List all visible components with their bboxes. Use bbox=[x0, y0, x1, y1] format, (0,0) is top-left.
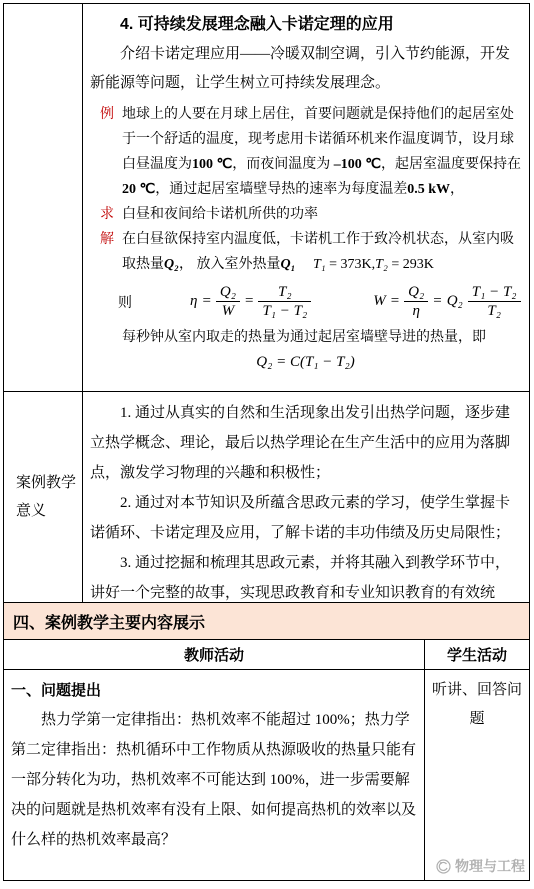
significance-row: 案例教学意义 1. 通过从真实的自然和生活现象出发引出热学问题，逐步建立热学概念… bbox=[4, 392, 529, 603]
document-page: 4. 可持续发展理念融入卡诺定理的应用 介绍卡诺定理应用——冷暖双制空调，引入节… bbox=[0, 0, 534, 889]
fraction: Q₂ W bbox=[216, 283, 240, 320]
fraction: T₁ − T₂ T₂ bbox=[468, 283, 521, 320]
activity-row: 一、问题提出 热力学第一定律指出：热机效率不能超过 100%；热力学第二定律指出… bbox=[4, 670, 529, 880]
heat-equation: Q₂ = C(T₁ − T₂) bbox=[90, 354, 521, 371]
problem-title: 一、问题提出 bbox=[11, 676, 416, 705]
activity-table-header: 教师活动 学生活动 bbox=[4, 640, 529, 670]
intro-paragraph: 介绍卡诺定理应用——冷暖双制空调，引入节约能源，开发新能源等问题，让学生树立可持… bbox=[90, 40, 521, 98]
teacher-activity-header: 教师活动 bbox=[4, 640, 425, 669]
significance-label: 案例教学意义 bbox=[16, 469, 78, 525]
equation-row: 则 η = Q₂ W = T₂ T₁ − T₂ bbox=[118, 283, 521, 320]
student-activity-header: 学生活动 bbox=[425, 640, 529, 669]
fraction: T₂ T₁ − T₂ bbox=[258, 283, 311, 320]
seek-block: 求 白昼和夜间给卡诺机所供的功率 bbox=[100, 202, 521, 227]
problem-body: 热力学第一定律指出：热机效率不能超过 100%；热力学第二定律指出：热机循环中工… bbox=[11, 705, 416, 855]
solution-text: 在白昼欲保持室内温度低，卡诺机工作于致冷机状态，从室内吸取热量Q₂， 放入室外热… bbox=[122, 227, 521, 277]
significance-item-2: 2. 通过对本节知识及所蕴含思政元素的学习，使学生掌握卡诺循环、卡诺定理及应用，… bbox=[90, 488, 521, 548]
seek-text: 白昼和夜间给卡诺机所供的功率 bbox=[122, 202, 521, 227]
content-row: 4. 可持续发展理念融入卡诺定理的应用 介绍卡诺定理应用——冷暖双制空调，引入节… bbox=[4, 4, 529, 392]
example-text: 地球上的人要在月球上居住，首要问题就是保持他们的起居室处于一个舒适的温度，现考虑… bbox=[122, 102, 521, 202]
teacher-activity-cell: 一、问题提出 热力学第一定律指出：热机效率不能超过 100%；热力学第二定律指出… bbox=[4, 670, 425, 880]
seek-label: 求 bbox=[100, 202, 122, 227]
case-study-table: 4. 可持续发展理念融入卡诺定理的应用 介绍卡诺定理应用——冷暖双制空调，引入节… bbox=[3, 3, 530, 881]
journal-watermark-text: 物理与工程 bbox=[455, 856, 525, 876]
significance-item-3: 3. 通过挖掘和梳理其思政元素，并将其融入到教学环节中，讲好一个完整的故事，实现… bbox=[90, 548, 521, 602]
note-line: 每秒钟从室内取走的热量为通过起居室墙壁导进的热量，即 bbox=[122, 324, 521, 351]
empty-left-cell bbox=[4, 4, 83, 391]
efficiency-equation: η = Q₂ W = T₂ T₁ − T₂ bbox=[190, 283, 311, 320]
significance-content-cell: 1. 通过从真实的自然和生活现象出发引出热学问题，逐步建立热学概念、理论，最后以… bbox=[83, 392, 529, 602]
example-block: 例 地球上的人要在月球上居住，首要问题就是保持他们的起居室处于一个舒适的温度，现… bbox=[100, 102, 521, 202]
significance-item-1: 1. 通过从真实的自然和生活现象出发引出热学问题，逐步建立热学概念、理论，最后以… bbox=[90, 398, 521, 488]
content-cell: 4. 可持续发展理念融入卡诺定理的应用 介绍卡诺定理应用——冷暖双制空调，引入节… bbox=[83, 4, 529, 391]
work-equation: W = Q₂ η = Q₂ T₁ − T₂ T₂ bbox=[373, 283, 520, 320]
student-activity-text: 听讲、回答问题 bbox=[431, 676, 523, 734]
solution-label: 解 bbox=[100, 227, 122, 277]
then-label: 则 bbox=[118, 292, 132, 312]
section-header: 四、案例教学主要内容展示 bbox=[4, 603, 529, 640]
subsection-heading: 4. 可持续发展理念融入卡诺定理的应用 bbox=[90, 12, 521, 38]
significance-header-cell: 案例教学意义 bbox=[4, 392, 83, 602]
journal-watermark: 物理与工程 bbox=[436, 856, 525, 876]
example-label: 例 bbox=[100, 102, 122, 202]
student-activity-cell: 听讲、回答问题 物理与工程 bbox=[425, 670, 529, 880]
fraction: Q₂ η bbox=[404, 283, 428, 320]
journal-logo-icon bbox=[436, 859, 451, 874]
solution-block: 解 在白昼欲保持室内温度低，卡诺机工作于致冷机状态，从室内吸取热量Q₂， 放入室… bbox=[100, 227, 521, 277]
